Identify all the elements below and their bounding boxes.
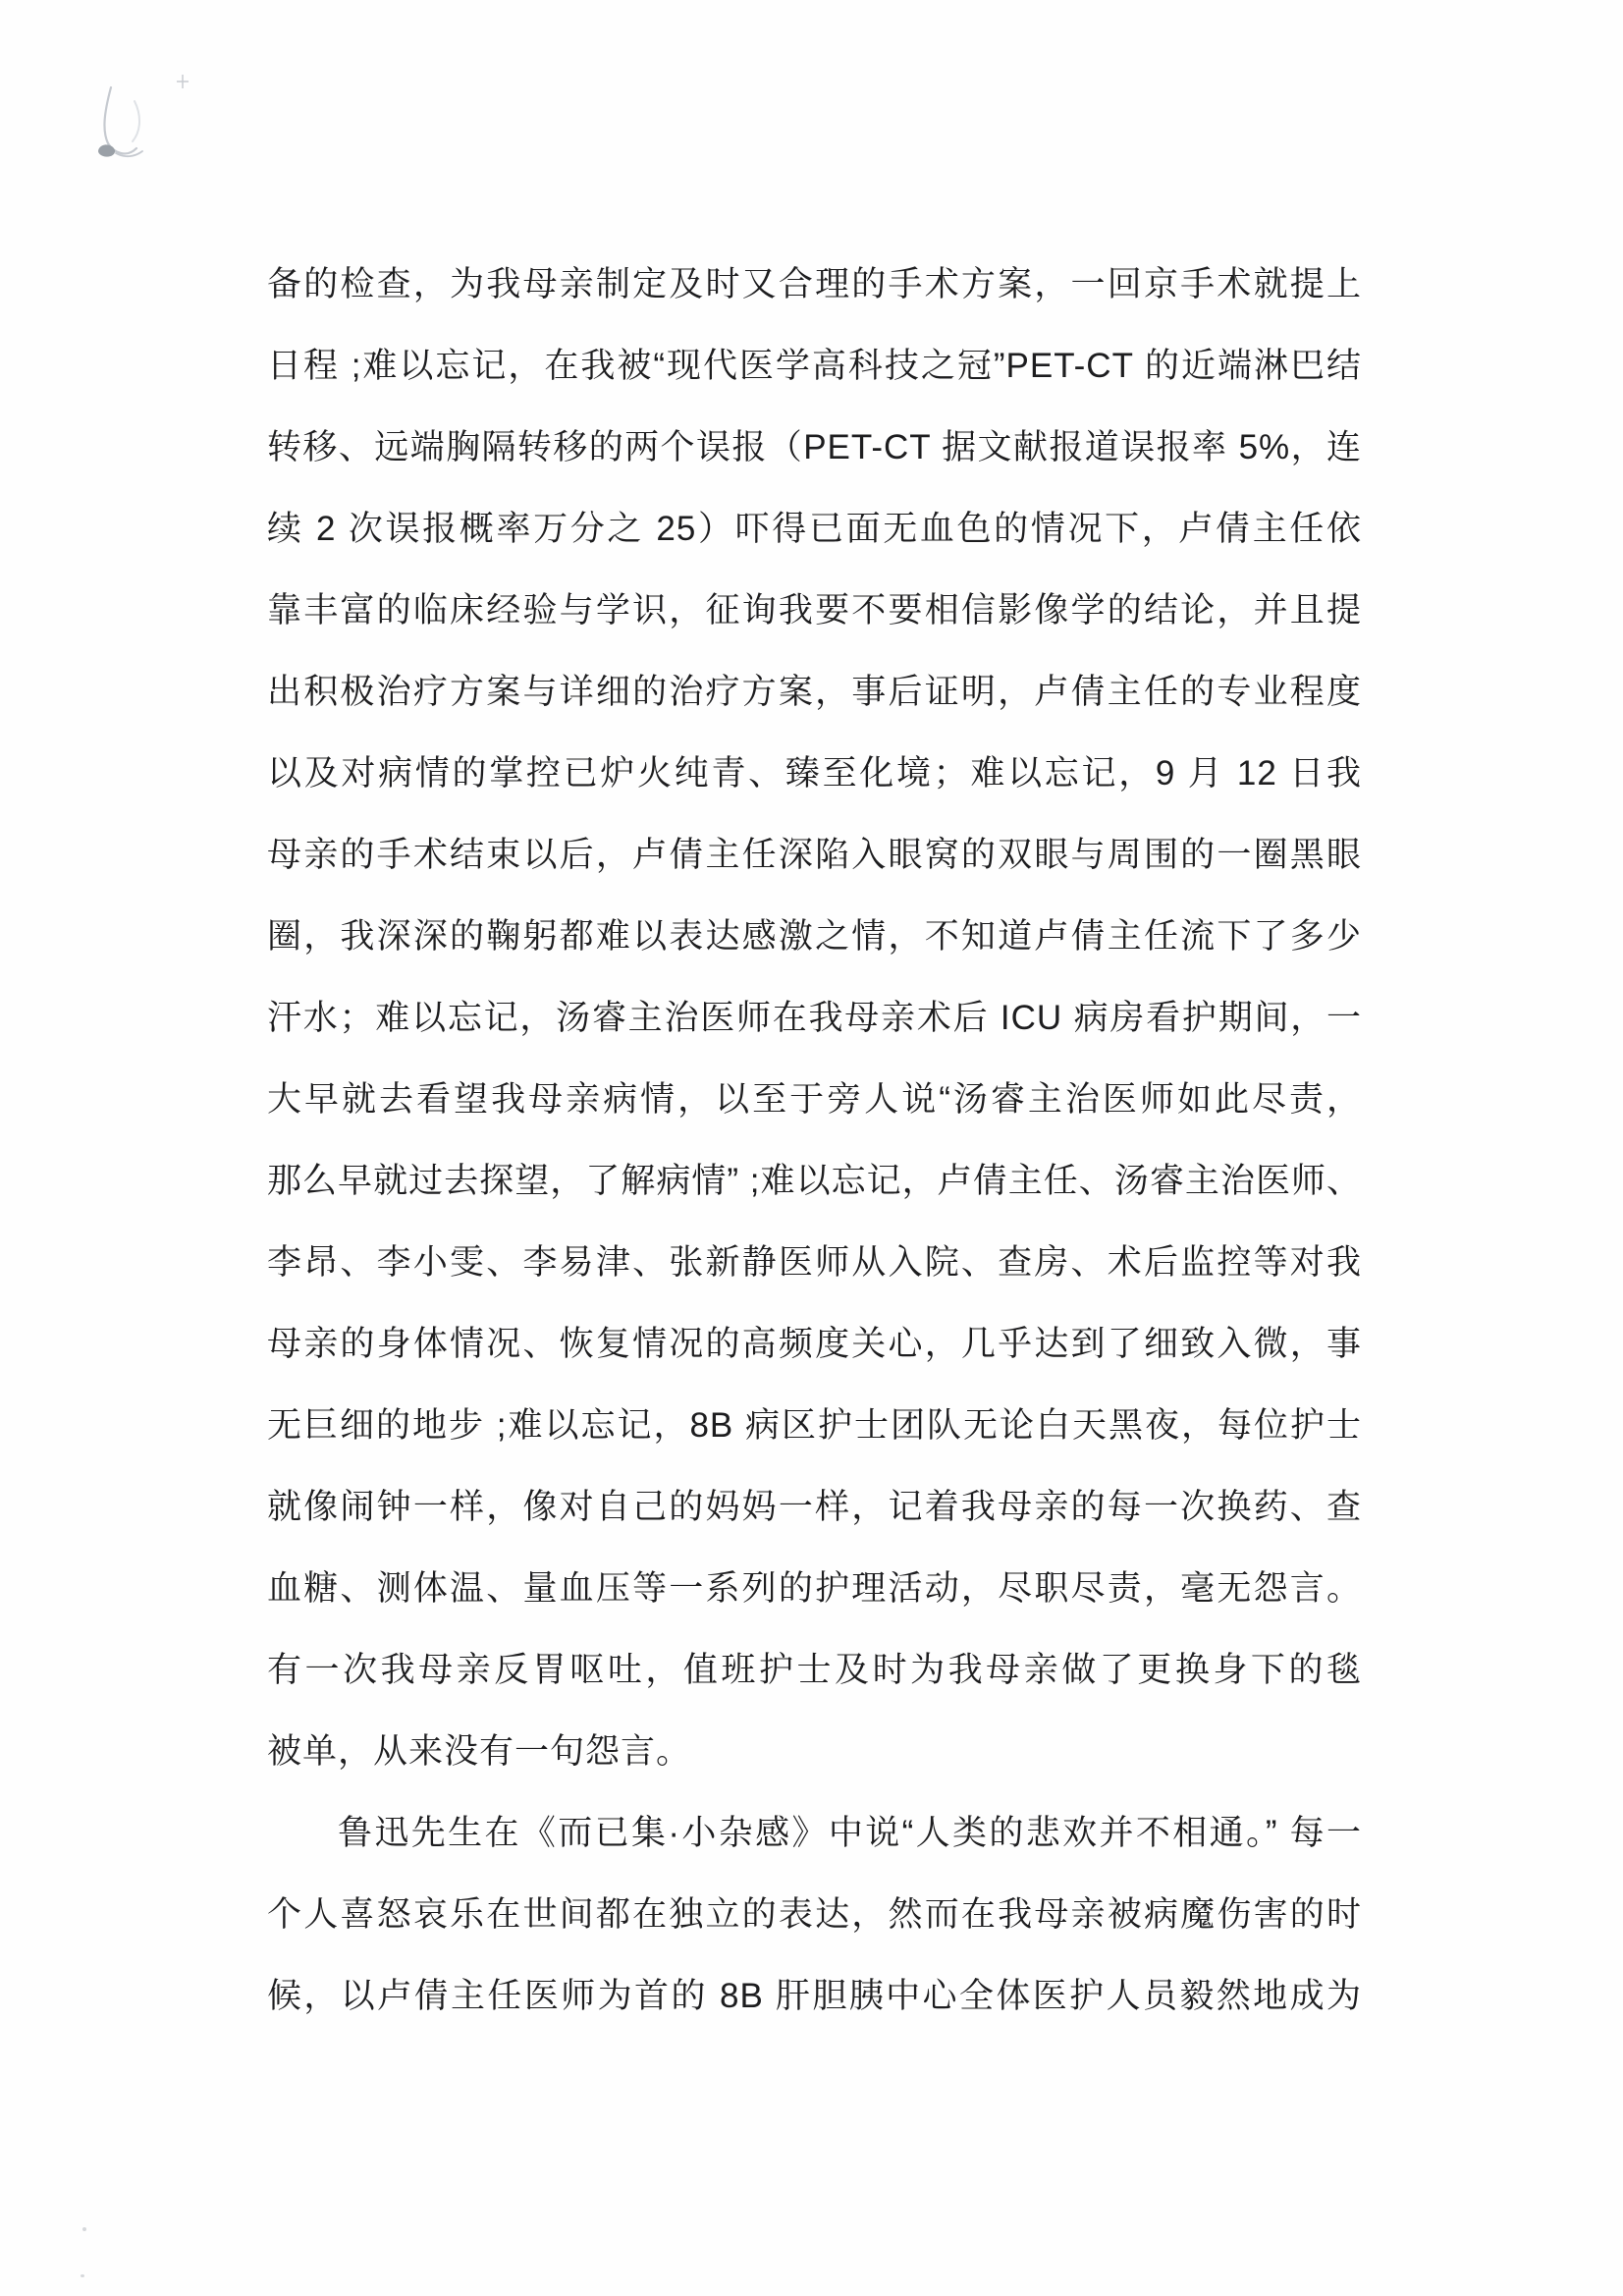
text-line: 圈，我深深的鞠躬都难以表达感激之情，不知道卢倩主任流下了多少 <box>267 896 1362 977</box>
text-block: 备的检查，为我母亲制定及时又合理的手术方案，一回京手术就提上 日程 ;难以忘记，… <box>267 244 1362 2037</box>
text-line: 个人喜怒哀乐在世间都在独立的表达，然而在我母亲被病魔伤害的时 <box>267 1874 1362 1955</box>
cross-speck-artifact <box>175 73 190 90</box>
text-line: 母亲的手术结束以后，卢倩主任深陷入眼窝的双眼与周围的一圈黑眼 <box>267 814 1362 896</box>
text-line: 汗水；难以忘记，汤睿主治医师在我母亲术后 ICU 病房看护期间，一 <box>267 977 1362 1059</box>
text-line: 续 2 次误报概率万分之 25）吓得已面无血色的情况下，卢倩主任依 <box>267 488 1362 570</box>
text-line: 血糖、测体温、量血压等一系列的护理活动，尽职尽责，毫无怨言。 <box>267 1548 1362 1629</box>
scan-speck-artifact <box>82 2227 86 2231</box>
text-line: 出积极治疗方案与详细的治疗方案，事后证明，卢倩主任的专业程度 <box>267 651 1362 733</box>
text-line: 李昂、李小雯、李易津、张新静医师从入院、查房、术后监控等对我 <box>267 1222 1362 1303</box>
text-line: 母亲的身体情况、恢复情况的高频度关心，几乎达到了细致入微，事 <box>267 1303 1362 1385</box>
text-line: 鲁迅先生在《而已集·小杂感》中说“人类的悲欢并不相通。” 每一 <box>267 1792 1362 1874</box>
text-line: 大早就去看望我母亲病情，以至于旁人说“汤睿主治医师如此尽责， <box>267 1059 1362 1140</box>
scan-speck-artifact <box>81 2274 84 2277</box>
text-line: 那么早就过去探望，了解病情” ;难以忘记，卢倩主任、汤睿主治医师、 <box>267 1140 1362 1222</box>
pen-mark-artifact <box>83 74 191 172</box>
text-line: 被单，从来没有一句怨言。 <box>267 1711 1362 1792</box>
text-line: 备的检查，为我母亲制定及时又合理的手术方案，一回京手术就提上 <box>267 244 1362 325</box>
text-line: 有一次我母亲反胃呕吐，值班护士及时为我母亲做了更换身下的毯子、 <box>267 1629 1362 1711</box>
text-line: 靠丰富的临床经验与学识，征询我要不要相信影像学的结论，并且提 <box>267 570 1362 651</box>
text-line: 以及对病情的掌控已炉火纯青、臻至化境；难以忘记，9 月 12 日我 <box>267 733 1362 814</box>
text-line: 日程 ;难以忘记，在我被“现代医学高科技之冠”PET-CT 的近端淋巴结 <box>267 325 1362 407</box>
text-line: 就像闹钟一样，像对自己的妈妈一样，记着我母亲的每一次换药、查 <box>267 1466 1362 1548</box>
document-page: 备的检查，为我母亲制定及时又合理的手术方案，一回京手术就提上 日程 ;难以忘记，… <box>0 0 1623 2296</box>
text-line: 候，以卢倩主任医师为首的 8B 肝胆胰中心全体医护人员毅然地成为 <box>267 1955 1362 2037</box>
text-line: 转移、远端胸隔转移的两个误报（PET-CT 据文献报道误报率 5%，连 <box>267 407 1362 488</box>
text-line: 无巨细的地步 ;难以忘记，8B 病区护士团队无论白天黑夜，每位护士 <box>267 1385 1362 1466</box>
